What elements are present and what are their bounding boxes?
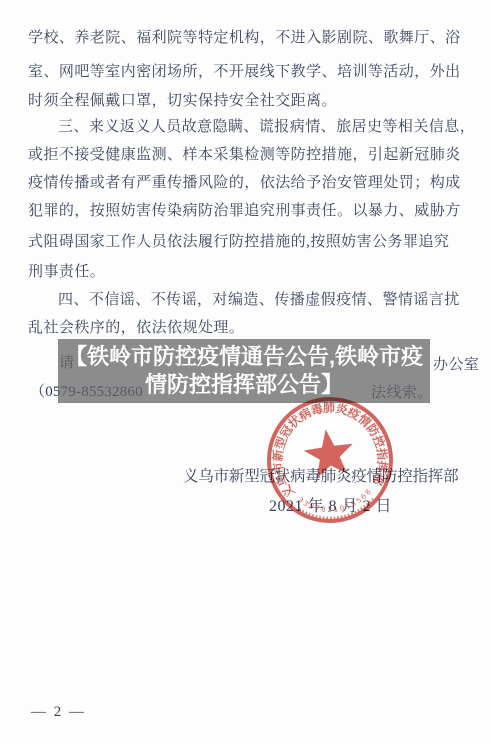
body-line: 三、来义返义人员故意隐瞒、谎报病情、旅居史等相关信息， (58, 115, 475, 136)
body-line: 式阻碍国家工作人员依法履行防控措施的,按照妨害公务罪追究 (28, 230, 449, 251)
obscured-text-fragment: 办公室 (433, 353, 479, 374)
body-line: 室、网吧等室内密闭场所，不开展线下教学、培训等活动，外出 (28, 60, 461, 81)
body-line: 刑事责任。 (28, 260, 105, 281)
body-line: 四、不信谣、不传谣，对编造、传播虚假疫情、警情谣言扰 (58, 288, 460, 309)
body-line: 犯罪的，按照妨害传染病防治罪追究刑事责任。以暴力、威胁方 (28, 199, 461, 220)
page-number: — 2 — (31, 704, 86, 721)
body-line: 乱社会秩序的，依法依规处理。 (28, 316, 244, 337)
overlay-title-line: 【铁岭市防控疫情通告公告,铁岭市疫 (65, 343, 423, 371)
document-page: 学校、养老院、福利院等特定机构，不进入影剧院、歌舞厅、浴 室、网吧等室内密闭场所… (0, 0, 491, 744)
seal-star-icon (301, 426, 356, 479)
body-line: 时须全程佩戴口罩，切实保持安全社交距离。 (28, 89, 337, 110)
body-line: 或拒不接受健康监测、样本采集检测等防控措施，引起新冠肺炎 (28, 143, 461, 164)
seal-code: 3307821015568 (296, 486, 377, 519)
official-seal: 义乌市新型冠状病毒肺炎疫情防控指挥部 3307821015568 (254, 384, 405, 535)
body-line: 疫情传播或者有严重传播风险的，依法给予治安管理处罚；构成 (28, 171, 461, 192)
body-line: 学校、养老院、福利院等特定机构，不进入影剧院、歌舞厅、浴 (28, 26, 461, 47)
